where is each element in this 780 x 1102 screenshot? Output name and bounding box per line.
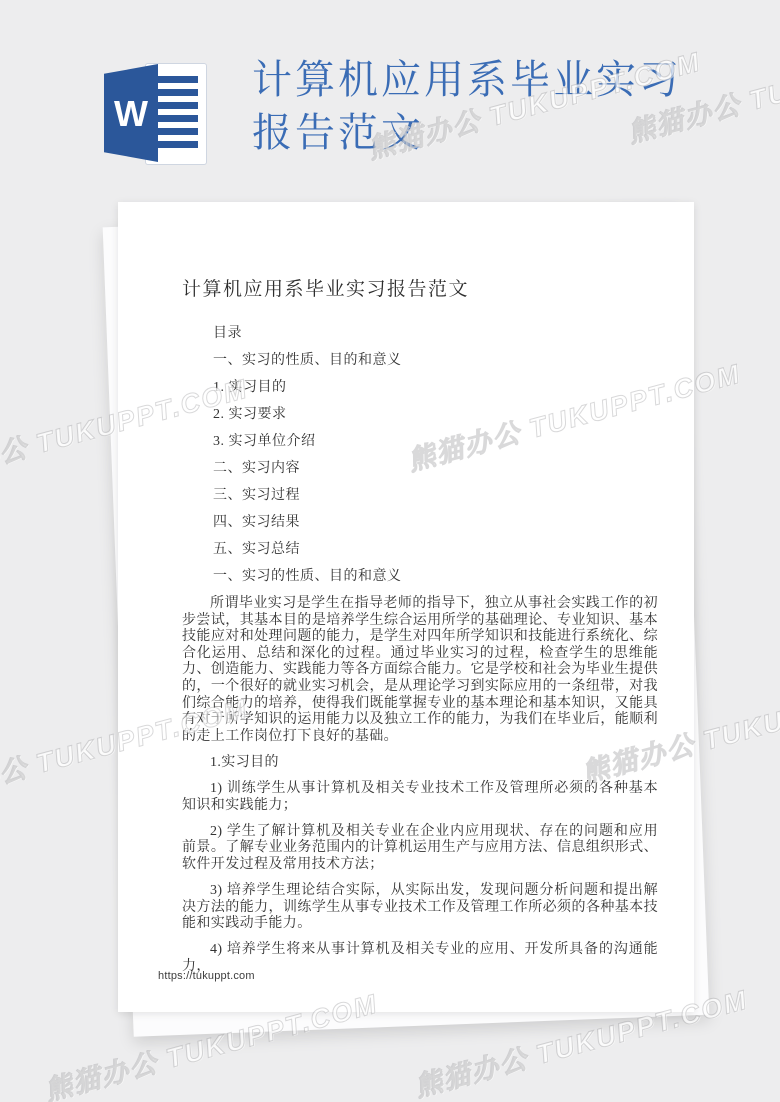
document-body: 所谓毕业实习是学生在指导老师的指导下，独立从事社会实践工作的初步尝试，其基本目的…	[182, 596, 658, 975]
body-paragraph: 1.实习目的	[182, 755, 658, 772]
toc-item: 1. 实习目的	[213, 380, 658, 396]
body-paragraph: 2) 学生了解计算机及相关专业在企业内应用现状、存在的问题和应用前景。了解专业业…	[182, 824, 658, 874]
page-canvas: W 计算机应用系毕业实习 报告范文 计算机应用系毕业实习报告范文 目录 一、实习…	[0, 0, 780, 1102]
toc-item: 四、实习结果	[213, 515, 658, 531]
toc-item: 2. 实习要求	[213, 407, 658, 423]
word-file-icon: W	[100, 58, 212, 168]
header: W 计算机应用系毕业实习 报告范文	[0, 0, 780, 200]
table-of-contents: 目录 一、实习的性质、目的和意义1. 实习目的2. 实习要求3. 实习单位介绍二…	[213, 326, 658, 585]
toc-item: 三、实习过程	[213, 488, 658, 504]
body-paragraph: 3) 培养学生理论结合实际，从实际出发，发现问题分析问题和提出解决方法的能力，训…	[182, 883, 658, 933]
toc-item: 五、实习总结	[213, 542, 658, 558]
footer-url: https://tukuppt.com	[158, 970, 255, 982]
toc-item: 一、实习的性质、目的和意义	[213, 569, 658, 585]
word-w-panel-icon: W	[104, 64, 158, 162]
toc-label: 目录	[213, 326, 658, 342]
toc-item: 二、实习内容	[213, 461, 658, 477]
body-paragraph: 所谓毕业实习是学生在指导老师的指导下，独立从事社会实践工作的初步尝试，其基本目的…	[182, 596, 658, 745]
toc-item: 3. 实习单位介绍	[213, 434, 658, 450]
document-page: 计算机应用系毕业实习报告范文 目录 一、实习的性质、目的和意义1. 实习目的2.…	[118, 202, 694, 1012]
word-letter: W	[114, 93, 148, 135]
body-paragraph: 1) 训练学生从事计算机及相关专业技术工作及管理所必须的各种基本知识和实践能力；	[182, 781, 658, 814]
word-doc-lines-icon	[154, 76, 198, 152]
toc-items: 一、实习的性质、目的和意义1. 实习目的2. 实习要求3. 实习单位介绍二、实习…	[213, 353, 658, 585]
toc-item: 一、实习的性质、目的和意义	[213, 353, 658, 369]
document-page-content: 计算机应用系毕业实习报告范文 目录 一、实习的性质、目的和意义1. 实习目的2.…	[118, 202, 694, 1012]
page-title-line1: 计算机应用系毕业实习	[252, 54, 722, 107]
page-title: 计算机应用系毕业实习 报告范文	[252, 54, 722, 160]
page-title-line2: 报告范文	[252, 107, 722, 160]
document-title: 计算机应用系毕业实习报告范文	[182, 274, 658, 301]
